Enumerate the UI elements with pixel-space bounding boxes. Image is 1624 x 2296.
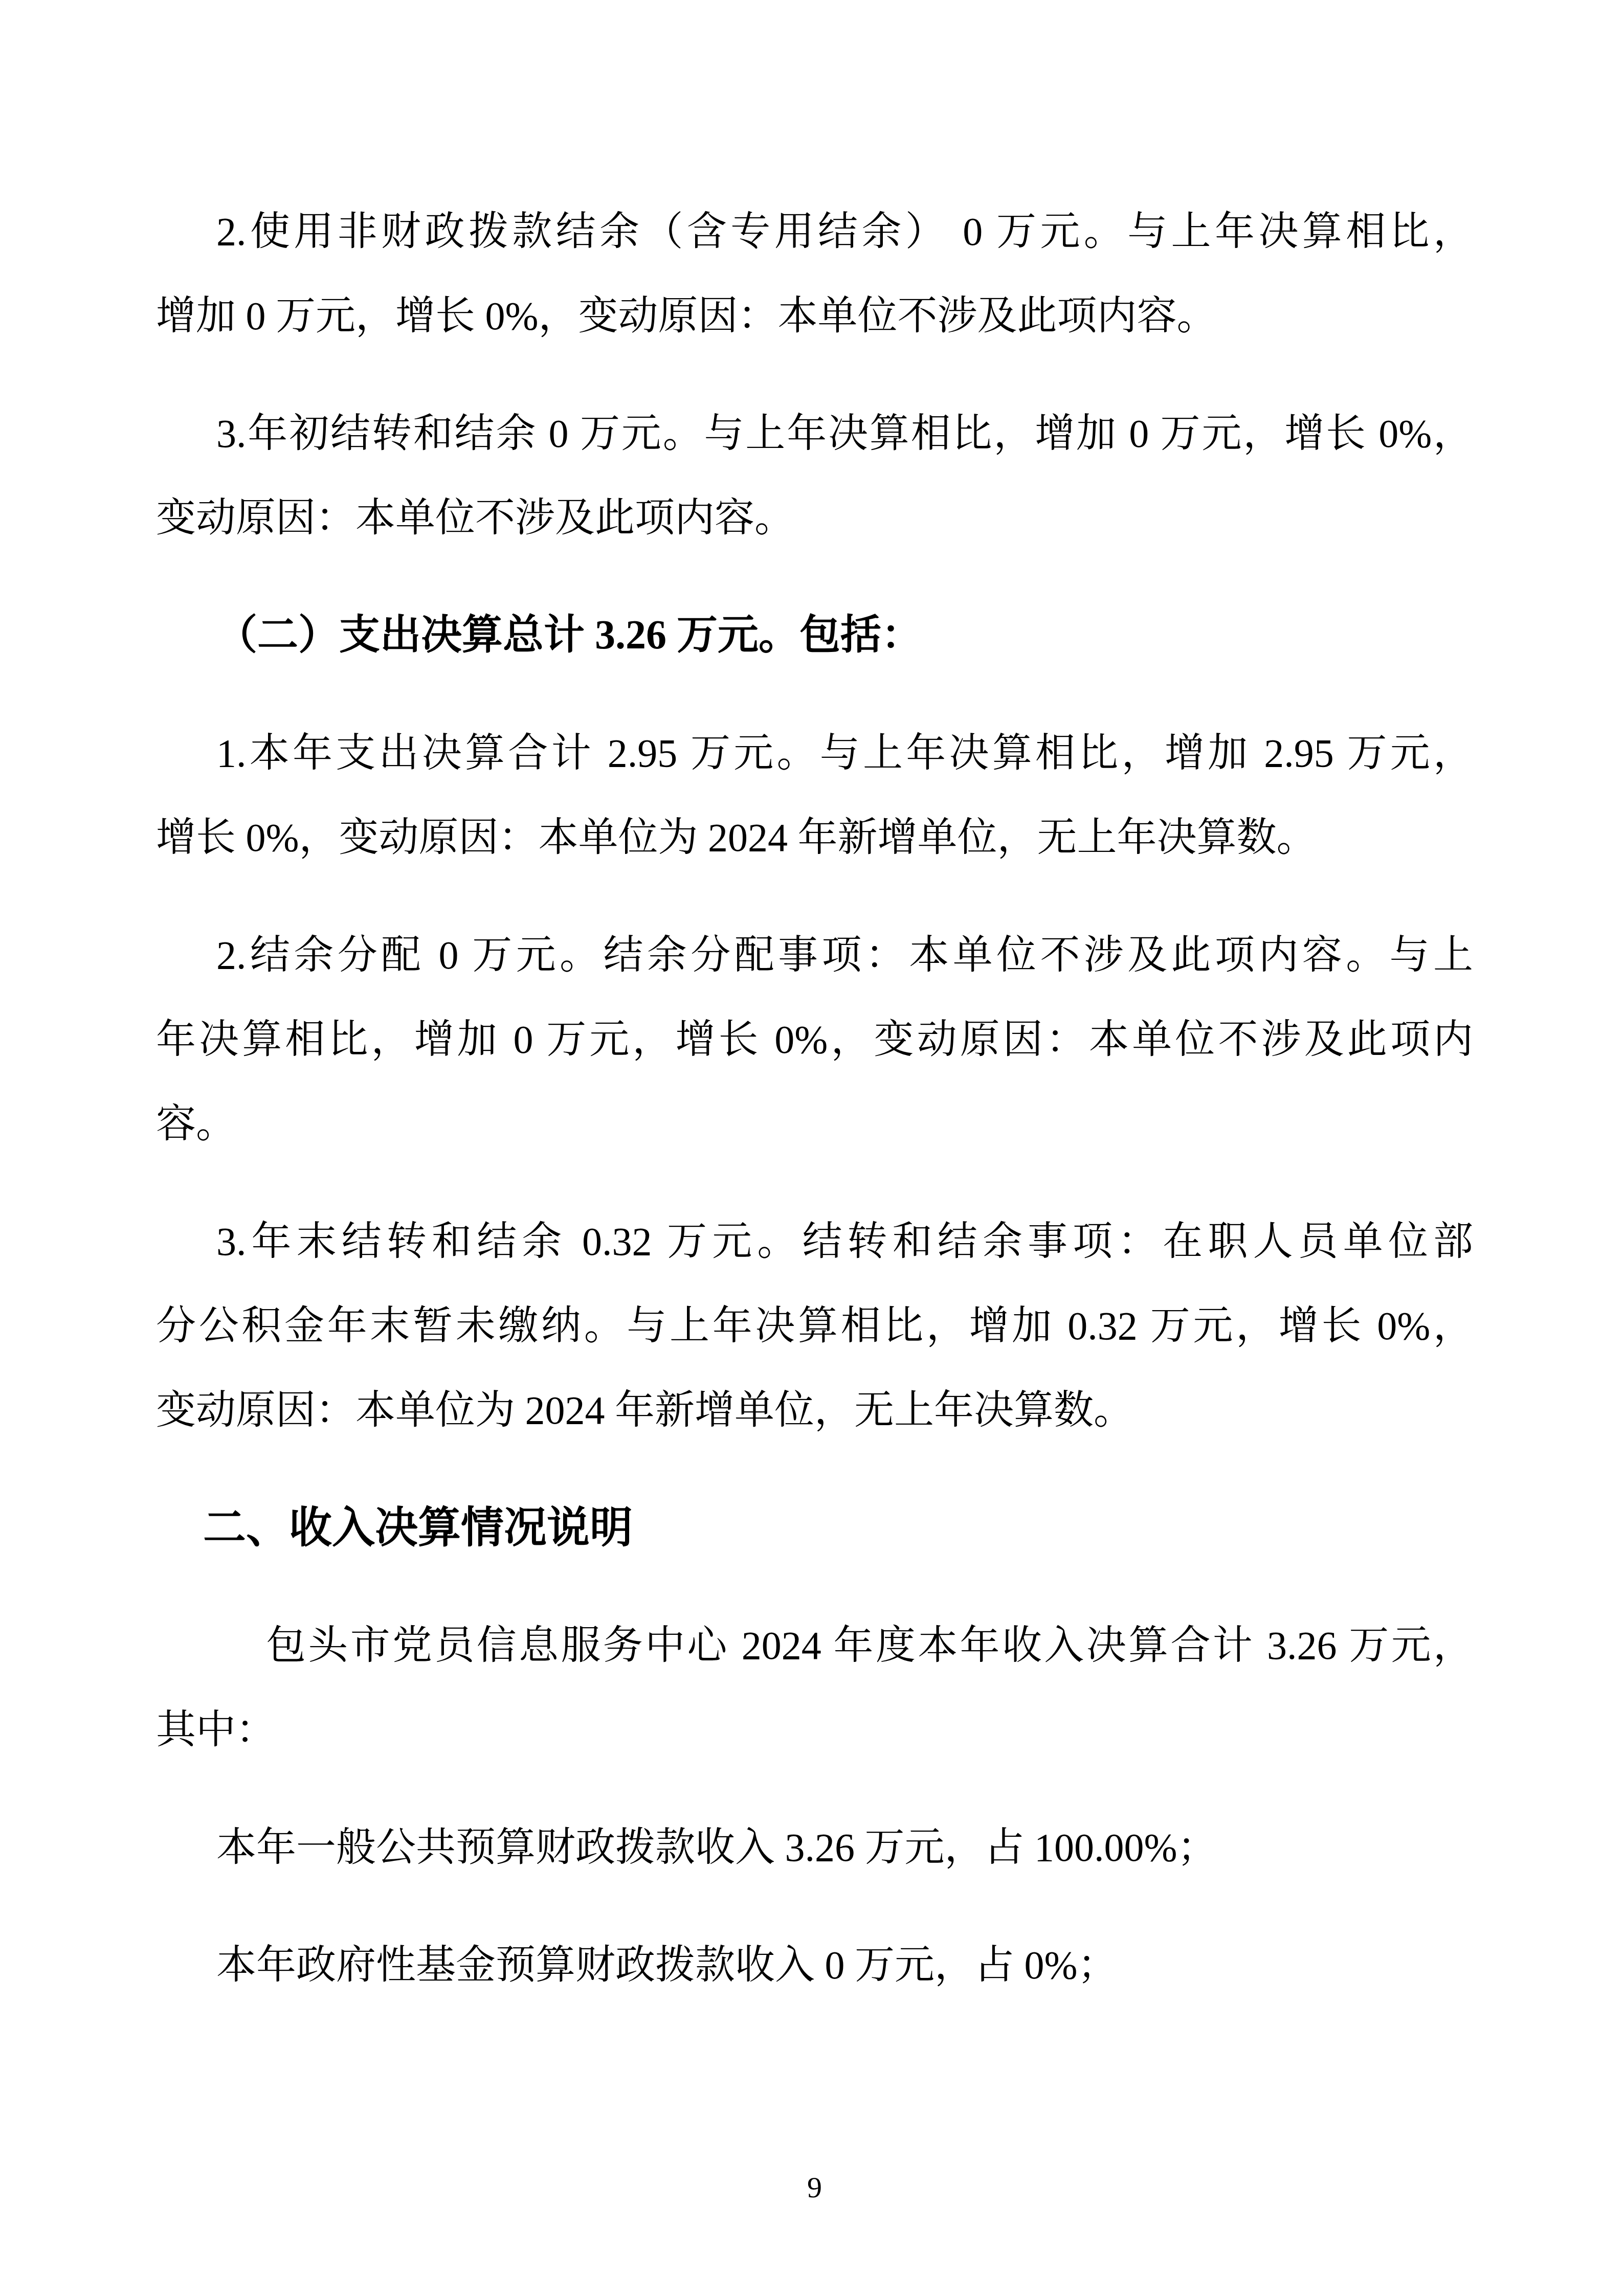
page-number: 9	[156, 2145, 1473, 2230]
text-line: 3.年初结转和结余 0 万元。与上年决算相比，增加 0 万元，增长 0%，	[156, 391, 1473, 476]
text-line: 容。	[156, 1082, 1473, 1166]
heading-expenditure-total: （二）支出决算总计 3.26 万元。包括：	[156, 593, 1473, 678]
text-line: 变动原因：本单位不涉及此项内容。	[156, 476, 1473, 560]
text-line: 分公积金年末暂未缴纳。与上年决算相比，增加 0.32 万元，增长 0%，	[156, 1284, 1473, 1368]
text-line: 增加 0 万元，增长 0%，变动原因：本单位不涉及此项内容。	[156, 274, 1473, 358]
text-line: 增长 0%，变动原因：本单位为 2024 年新增单位，无上年决算数。	[156, 795, 1473, 880]
heading-revenue-statement: 二、收入决算情况说明	[156, 1485, 1473, 1570]
paragraph-revenue-total: 包头市党员信息服务中心 2024 年度本年收入决算合计 3.26 万元， 其中：	[156, 1603, 1473, 1772]
text-line: 本年政府性基金预算财政拨款收入 0 万元，占 0%；	[156, 1923, 1473, 2007]
text-line: 2.使用非财政拨款结余（含专用结余） 0 万元。与上年决算相比，	[156, 189, 1473, 274]
text-line: 3.年末结转和结余 0.32 万元。结转和结余事项：在职人员单位部	[156, 1199, 1473, 1284]
paragraph-nonfiscal-surplus: 2.使用非财政拨款结余（含专用结余） 0 万元。与上年决算相比， 增加 0 万元…	[156, 189, 1473, 358]
text-line: 包头市党员信息服务中心 2024 年度本年收入决算合计 3.26 万元，	[156, 1603, 1473, 1687]
text-line: 2.结余分配 0 万元。结余分配事项：本单位不涉及此项内容。与上	[156, 913, 1473, 997]
text-line: 年决算相比，增加 0 万元，增长 0%，变动原因：本单位不涉及此项内	[156, 997, 1473, 1082]
text-line: 变动原因：本单位为 2024 年新增单位，无上年决算数。	[156, 1368, 1473, 1452]
text-line: 本年一般公共预算财政拨款收入 3.26 万元，占 100.00%；	[156, 1805, 1473, 1889]
paragraph-yearend-carryover: 3.年末结转和结余 0.32 万元。结转和结余事项：在职人员单位部 分公积金年末…	[156, 1199, 1473, 1452]
paragraph-surplus-distribution: 2.结余分配 0 万元。结余分配事项：本单位不涉及此项内容。与上 年决算相比，增…	[156, 913, 1473, 1166]
document-page: 2.使用非财政拨款结余（含专用结余） 0 万元。与上年决算相比， 增加 0 万元…	[0, 0, 1624, 2296]
text-line: 其中：	[156, 1687, 1473, 1772]
section-heading: 二、收入决算情况说明	[156, 1485, 1473, 1570]
paragraph-beginning-carryover: 3.年初结转和结余 0 万元。与上年决算相比，增加 0 万元，增长 0%， 变动…	[156, 391, 1473, 560]
paragraph-current-year-expenditure: 1.本年支出决算合计 2.95 万元。与上年决算相比，增加 2.95 万元， 增…	[156, 711, 1473, 880]
section-heading: （二）支出决算总计 3.26 万元。包括：	[156, 593, 1473, 678]
paragraph-general-public-budget-revenue: 本年一般公共预算财政拨款收入 3.26 万元，占 100.00%；	[156, 1805, 1473, 1889]
paragraph-government-fund-budget-revenue: 本年政府性基金预算财政拨款收入 0 万元，占 0%；	[156, 1923, 1473, 2007]
text-line: 1.本年支出决算合计 2.95 万元。与上年决算相比，增加 2.95 万元，	[156, 711, 1473, 795]
